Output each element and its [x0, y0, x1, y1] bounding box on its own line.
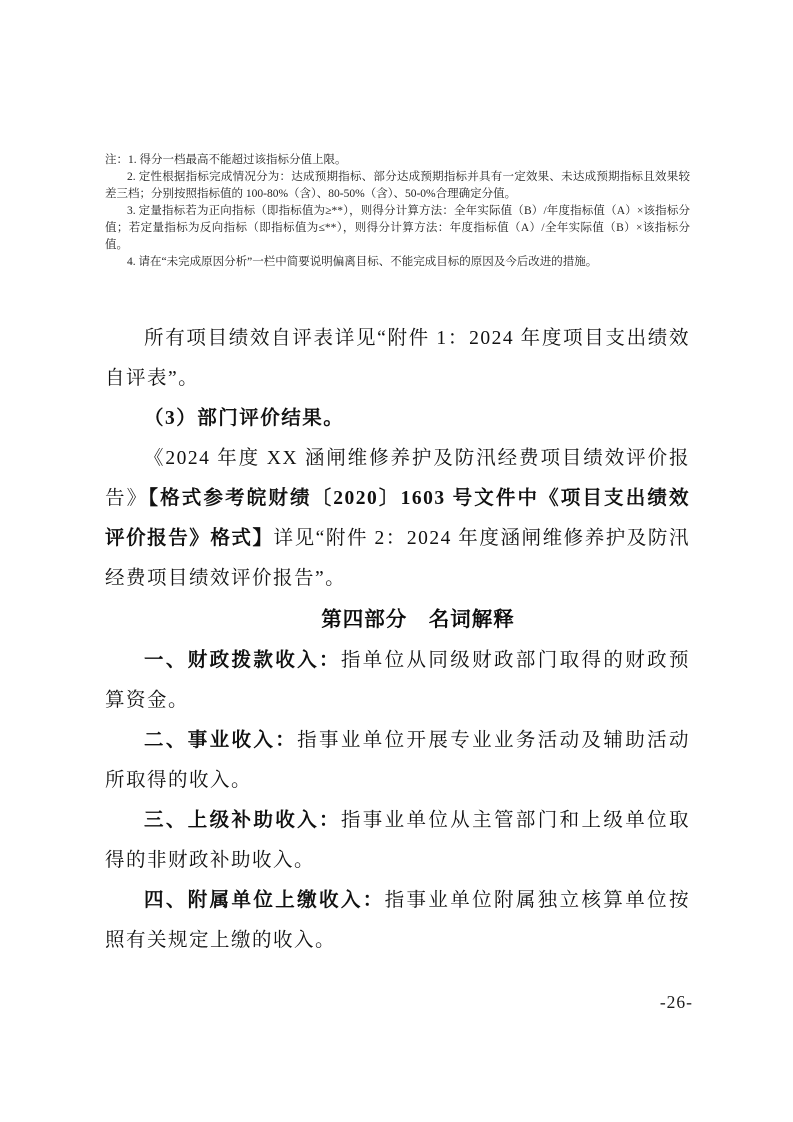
- document-page: 注：1. 得分一档最高不能超过该指标分值上限。 2. 定性根据指标完成情况分为：…: [0, 0, 793, 1122]
- section-heading-part4: 第四部分 名词解释: [105, 599, 690, 641]
- note-item-2: 2. 定性根据指标完成情况分为：达成预期指标、部分达成预期指标并具有一定效果、未…: [105, 169, 690, 203]
- note-text-1: 1. 得分一档最高不能超过该指标分值上限。: [128, 154, 347, 166]
- definition-term: 一、财政拨款收入：: [144, 650, 341, 671]
- notes-label: 注：: [105, 154, 128, 166]
- note-item-4: 4. 请在“未完成原因分析”一栏中简要说明偏离目标、不能完成目标的原因及今后改进…: [105, 254, 690, 271]
- definition-item-1: 一、财政拨款收入：指单位从同级财政部门取得的财政预算资金。: [105, 641, 690, 721]
- definition-term: 四、附属单位上缴收入：: [144, 890, 385, 911]
- note-item-3: 3. 定量指标若为正向指标（即指标值为≥**），则得分计算方法：全年实际值（B）…: [105, 203, 690, 254]
- definition-item-2: 二、事业收入：指事业单位开展专业业务活动及辅助活动所取得的收入。: [105, 721, 690, 801]
- heading-dept-eval-result: （3）部门评价结果。: [105, 399, 690, 439]
- page-number: -26-: [660, 992, 693, 1013]
- note-item-1: 注：1. 得分一档最高不能超过该指标分值上限。: [105, 152, 690, 169]
- definition-term: 三、上级补助收入：: [144, 810, 341, 831]
- definition-item-4: 四、附属单位上缴收入：指事业单位附属独立核算单位按照有关规定上缴的收入。: [105, 881, 690, 961]
- definition-item-3: 三、上级补助收入：指事业单位从主管部门和上级单位取得的非财政补助收入。: [105, 801, 690, 881]
- document-body: 所有项目绩效自评表详见“附件 1：2024 年度项目支出绩效自评表”。 （3）部…: [105, 319, 690, 961]
- definition-term: 二、事业收入：: [144, 730, 297, 751]
- table-notes-block: 注：1. 得分一档最高不能超过该指标分值上限。 2. 定性根据指标完成情况分为：…: [105, 152, 690, 271]
- paragraph-eval-report-ref: 《2024 年度 XX 涵闸维修养护及防汛经费项目绩效评价报告》【格式参考皖财绩…: [105, 439, 690, 599]
- paragraph-self-eval-ref: 所有项目绩效自评表详见“附件 1：2024 年度项目支出绩效自评表”。: [105, 319, 690, 399]
